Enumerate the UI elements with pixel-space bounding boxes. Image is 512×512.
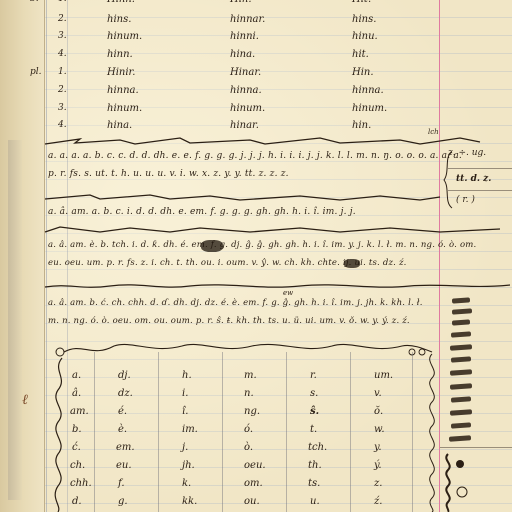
table-cell: i. <box>182 388 188 399</box>
alphabet-line: m. n. ng. ó. ò. oeu. om. ou. oum. p. r. … <box>48 316 410 326</box>
table-cell: oeu. <box>244 460 266 471</box>
crossed-out-text <box>451 331 471 337</box>
neuter-form: Hin. <box>352 67 374 78</box>
table-cell: n. <box>244 388 254 399</box>
table-cell: â. <box>72 388 81 399</box>
table-cell: dz. <box>118 388 133 399</box>
crossed-out-text <box>450 369 472 376</box>
table-cell: dj. <box>118 370 131 381</box>
row-number: 1. <box>58 0 67 4</box>
wavy-divider <box>40 191 510 203</box>
table-cell: ó. <box>244 424 253 435</box>
feminine-form: hinnar. <box>230 14 265 25</box>
table-cell: g. <box>118 496 128 507</box>
table-cell: ý. <box>374 460 382 471</box>
table-cell: t. <box>310 424 317 435</box>
neuter-form: hinum. <box>352 103 387 114</box>
feminine-form: hinum. <box>230 103 265 114</box>
masculine-form: hinum. <box>107 31 142 42</box>
table-cell: u. <box>310 496 320 507</box>
table-cell: r. <box>310 370 317 381</box>
crossed-out-text <box>451 396 471 402</box>
row-number: 1. <box>58 67 67 77</box>
alphabet-line: a. â. am. b. ć. ch. chh. d. ɗ. dh. dj. d… <box>48 298 423 308</box>
table-cell: w. <box>374 424 385 435</box>
wavy-divider <box>40 280 510 292</box>
declension-row: 3. hinum. hinni. hinu. <box>0 31 440 49</box>
table-cell: v. <box>374 388 382 399</box>
table-cell: s. <box>310 388 318 399</box>
table-cell: z. <box>374 478 382 489</box>
table-column-rule <box>350 352 351 512</box>
side-rule <box>440 447 512 448</box>
table-cell: am. <box>70 406 89 417</box>
table-cell: om. <box>244 478 263 489</box>
feminine-form: hinar. <box>230 120 259 131</box>
table-cell: a. <box>72 370 81 381</box>
declension-row: 3. 1. Hinn. Hin. Hit. <box>0 0 440 12</box>
table-cell: em. <box>116 442 135 453</box>
alphabet-line: a. a. a. a. b. c. c. d. d. dh. e. e. f. … <box>48 151 462 161</box>
row-number: 2. <box>58 14 67 24</box>
crossed-out-text <box>451 422 471 428</box>
alphabet-table: a. â. am. b. ć. ch. chh. d. dj. dz. é. è… <box>52 340 440 512</box>
table-cell: th. <box>308 460 322 471</box>
superscript-note: ew <box>283 289 293 297</box>
decorative-flourish-icon <box>440 450 480 512</box>
declension-row: 4. hinn. hina. hit. <box>0 49 440 67</box>
masculine-form: Hinir. <box>107 67 135 78</box>
masculine-form: hinna. <box>107 85 139 96</box>
masculine-form: hins. <box>107 14 131 25</box>
feminine-form: Hinar. <box>230 67 261 78</box>
crossed-out-text <box>452 297 470 303</box>
table-cell: j. <box>182 442 188 453</box>
table-cell: kk. <box>182 496 197 507</box>
wavy-divider <box>40 224 510 236</box>
margin-glyph: ℓ <box>22 392 28 409</box>
table-cell: ch. <box>70 460 85 471</box>
neuter-form: hin. <box>352 120 371 131</box>
feminine-form: hinna. <box>230 85 262 96</box>
alphabet-line: a. â. am. è. b. tch. i. d. ƙ. dh. é. em.… <box>48 240 476 250</box>
table-cell: d. <box>72 496 82 507</box>
table-cell: ŏ. <box>374 406 383 417</box>
table-cell: m. <box>244 370 257 381</box>
table-cell: h. <box>182 370 192 381</box>
table-cell: ò. <box>244 442 253 453</box>
masculine-form: Hinn. <box>107 0 135 5</box>
table-cell: ng. <box>244 406 260 417</box>
table-column-rule <box>94 352 95 512</box>
alphabet-line: p. r. fs. s. ut. t. h. u. u. u. v. i. w.… <box>48 169 289 179</box>
declension-row: 3. hinum. hinum. hinum. <box>0 103 440 121</box>
table-cell: b. <box>72 424 82 435</box>
wavy-divider <box>40 135 510 147</box>
neuter-form: hins. <box>352 14 376 25</box>
neuter-form: hinna. <box>352 85 384 96</box>
crossed-out-text <box>452 308 472 314</box>
declension-row: 2. hins. hinnar. hins. <box>0 14 440 32</box>
table-cell: y. <box>374 442 382 453</box>
side-note-middle: tt. d. z. <box>456 174 491 184</box>
table-cell: ou. <box>244 496 260 507</box>
manuscript-page: 3. 1. Hinn. Hin. Hit. 2. hins. hinnar. h… <box>0 0 512 512</box>
crossed-out-text <box>450 344 472 351</box>
feminine-form: Hin. <box>230 0 252 5</box>
table-cell: jh. <box>182 460 195 471</box>
neuter-form: hinu. <box>352 31 378 42</box>
table-cell: ts. <box>308 478 320 489</box>
row-label: 3. <box>30 0 39 4</box>
table-cell: eu. <box>116 460 132 471</box>
feminine-form: hina. <box>230 49 255 60</box>
masculine-form: hinum. <box>107 103 142 114</box>
table-cell: è. <box>118 424 127 435</box>
table-cell: im. <box>182 424 198 435</box>
table-cell: é. <box>118 406 127 417</box>
table-cell: tch. <box>308 442 327 453</box>
declension-row: pl. 1. Hinir. Hinar. Hin. <box>0 67 440 85</box>
row-number: 2. <box>58 85 67 95</box>
crossed-out-text <box>452 319 470 325</box>
feminine-form: hinni. <box>230 31 259 42</box>
row-number: 4. <box>58 49 67 59</box>
table-cell: î. <box>182 406 188 417</box>
table-cell: ć. <box>72 442 81 453</box>
crossed-out-text <box>450 383 472 390</box>
declension-row: 2. hinna. hinna. hinna. <box>0 85 440 103</box>
row-number: 3. <box>58 103 67 113</box>
superscript-note: lch <box>428 128 439 136</box>
table-cell: chh. <box>70 478 92 489</box>
crossed-out-text <box>449 435 471 442</box>
table-column-rule <box>286 352 287 512</box>
row-number: 3. <box>58 31 67 41</box>
crossed-out-text <box>450 409 472 416</box>
ink-blot <box>344 259 360 268</box>
alphabet-line: a. â. am. a. b. c. i. d. d. dh. e. em. f… <box>48 207 356 217</box>
row-number: 4. <box>58 120 67 130</box>
ink-blot <box>201 240 223 252</box>
table-cell: f. <box>118 478 125 489</box>
neuter-form: hit. <box>352 49 369 60</box>
side-rule <box>448 168 512 169</box>
table-cell: um. <box>374 370 393 381</box>
table-cell: ź. <box>374 496 382 507</box>
table-cell: ŝ. <box>310 406 319 417</box>
table-column-rule <box>412 352 413 512</box>
neuter-form: Hit. <box>352 0 371 5</box>
row-label: pl. <box>30 67 42 77</box>
masculine-form: hina. <box>107 120 132 131</box>
masculine-form: hinn. <box>107 49 133 60</box>
table-cell: k. <box>182 478 191 489</box>
table-column-rule <box>158 352 159 512</box>
crossed-out-text <box>451 356 471 362</box>
table-column-rule <box>222 352 223 512</box>
